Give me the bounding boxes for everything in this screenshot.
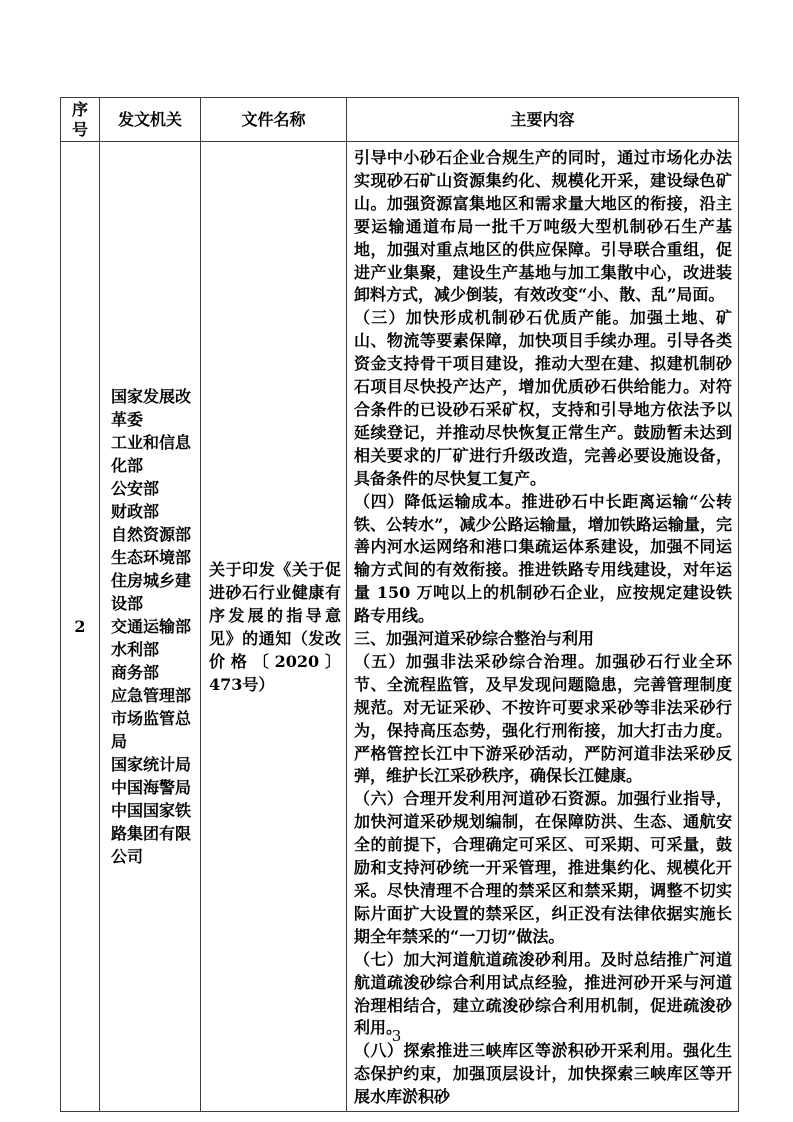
agency-name: 财政部 [111,500,191,523]
agency-name: 交通运输部 [111,615,191,638]
agency-name: 工业和信息化部 [111,431,191,477]
agency-name: 水利部 [111,638,191,661]
agency-name: 商务部 [111,661,191,684]
header-serial-number: 序号 [61,98,100,142]
cell-main-content: 引导中小砂石企业合规生产的同时，通过市场化办法实现砂石矿山资源集约化、规模化开采… [347,142,739,1112]
content-paragraph: （八）探索推进三峡库区等淤积砂开采利用。强化生态保护约束，加强顶层设计，加快探索… [354,1040,732,1109]
header-issuing-agency: 发文机关 [100,98,201,142]
content-paragraph: 引导中小砂石企业合规生产的同时，通过市场化办法实现砂石矿山资源集约化、规模化开采… [354,147,732,307]
agency-name: 自然资源部 [111,523,191,546]
content-paragraph: （四）降低运输成本。推进砂石中长距离运输“公转铁、公转水”，减少公路运输量，增加… [354,491,732,628]
agency-name: 住房城乡建设部 [111,569,191,615]
table-header-row: 序号 发文机关 文件名称 主要内容 [61,98,739,142]
cell-serial-number: 2 [61,142,100,1112]
cell-issuing-agencies: 国家发展改革委 工业和信息化部 公安部 财政部 自然资源部 生态环境部 住房 [100,142,201,1112]
header-document-name: 文件名称 [201,98,347,142]
content-paragraph: （三）加快形成机制砂石优质产能。加强土地、矿山、物流等要素保障，加快项目手续办理… [354,307,732,490]
page-number: 3 [0,1027,793,1045]
agency-name: 中国海警局 [111,776,191,799]
agency-name: 应急管理部 [111,684,191,707]
document-title: 关于印发《关于促进砂石行业健康有序发展的指导意见》的通知（发改价格〔2020〕4… [209,558,341,696]
table-row: 2 国家发展改革委 工业和信息化部 公安部 财政部 自然资源部 [61,142,739,1112]
agency-name: 中国国家铁路集团有限公司 [111,799,191,868]
agency-name: 国家统计局 [111,753,191,776]
content-paragraph: （六）合理开发利用河道砂石资源。加强行业指导，加快河道采砂规划编制，在保障防洪、… [354,788,732,948]
agency-name: 公安部 [111,477,191,500]
agency-name: 市场监管总局 [111,707,191,753]
content-paragraph: （五）加强非法采砂综合治理。加强砂石行业全环节、全流程监管，及早发现问题隐患，完… [354,651,732,788]
agency-name: 国家发展改革委 [111,385,191,431]
header-main-content: 主要内容 [347,98,739,142]
content-paragraphs: 引导中小砂石企业合规生产的同时，通过市场化办法实现砂石矿山资源集约化、规模化开采… [354,147,732,1109]
document-page: 序号 发文机关 文件名称 主要内容 2 国家发展改革委 工业和信息化部 [0,0,793,1122]
cell-document-name: 关于印发《关于促进砂石行业健康有序发展的指导意见》的通知（发改价格〔2020〕4… [201,142,347,1112]
content-paragraph: 三、加强河道采砂综合整治与利用 [354,628,732,651]
agency-name: 生态环境部 [111,546,191,569]
agency-list: 国家发展改革委 工业和信息化部 公安部 财政部 自然资源部 生态环境部 住房 [111,385,191,868]
regulations-table: 序号 发文机关 文件名称 主要内容 2 国家发展改革委 工业和信息化部 [60,97,739,1112]
